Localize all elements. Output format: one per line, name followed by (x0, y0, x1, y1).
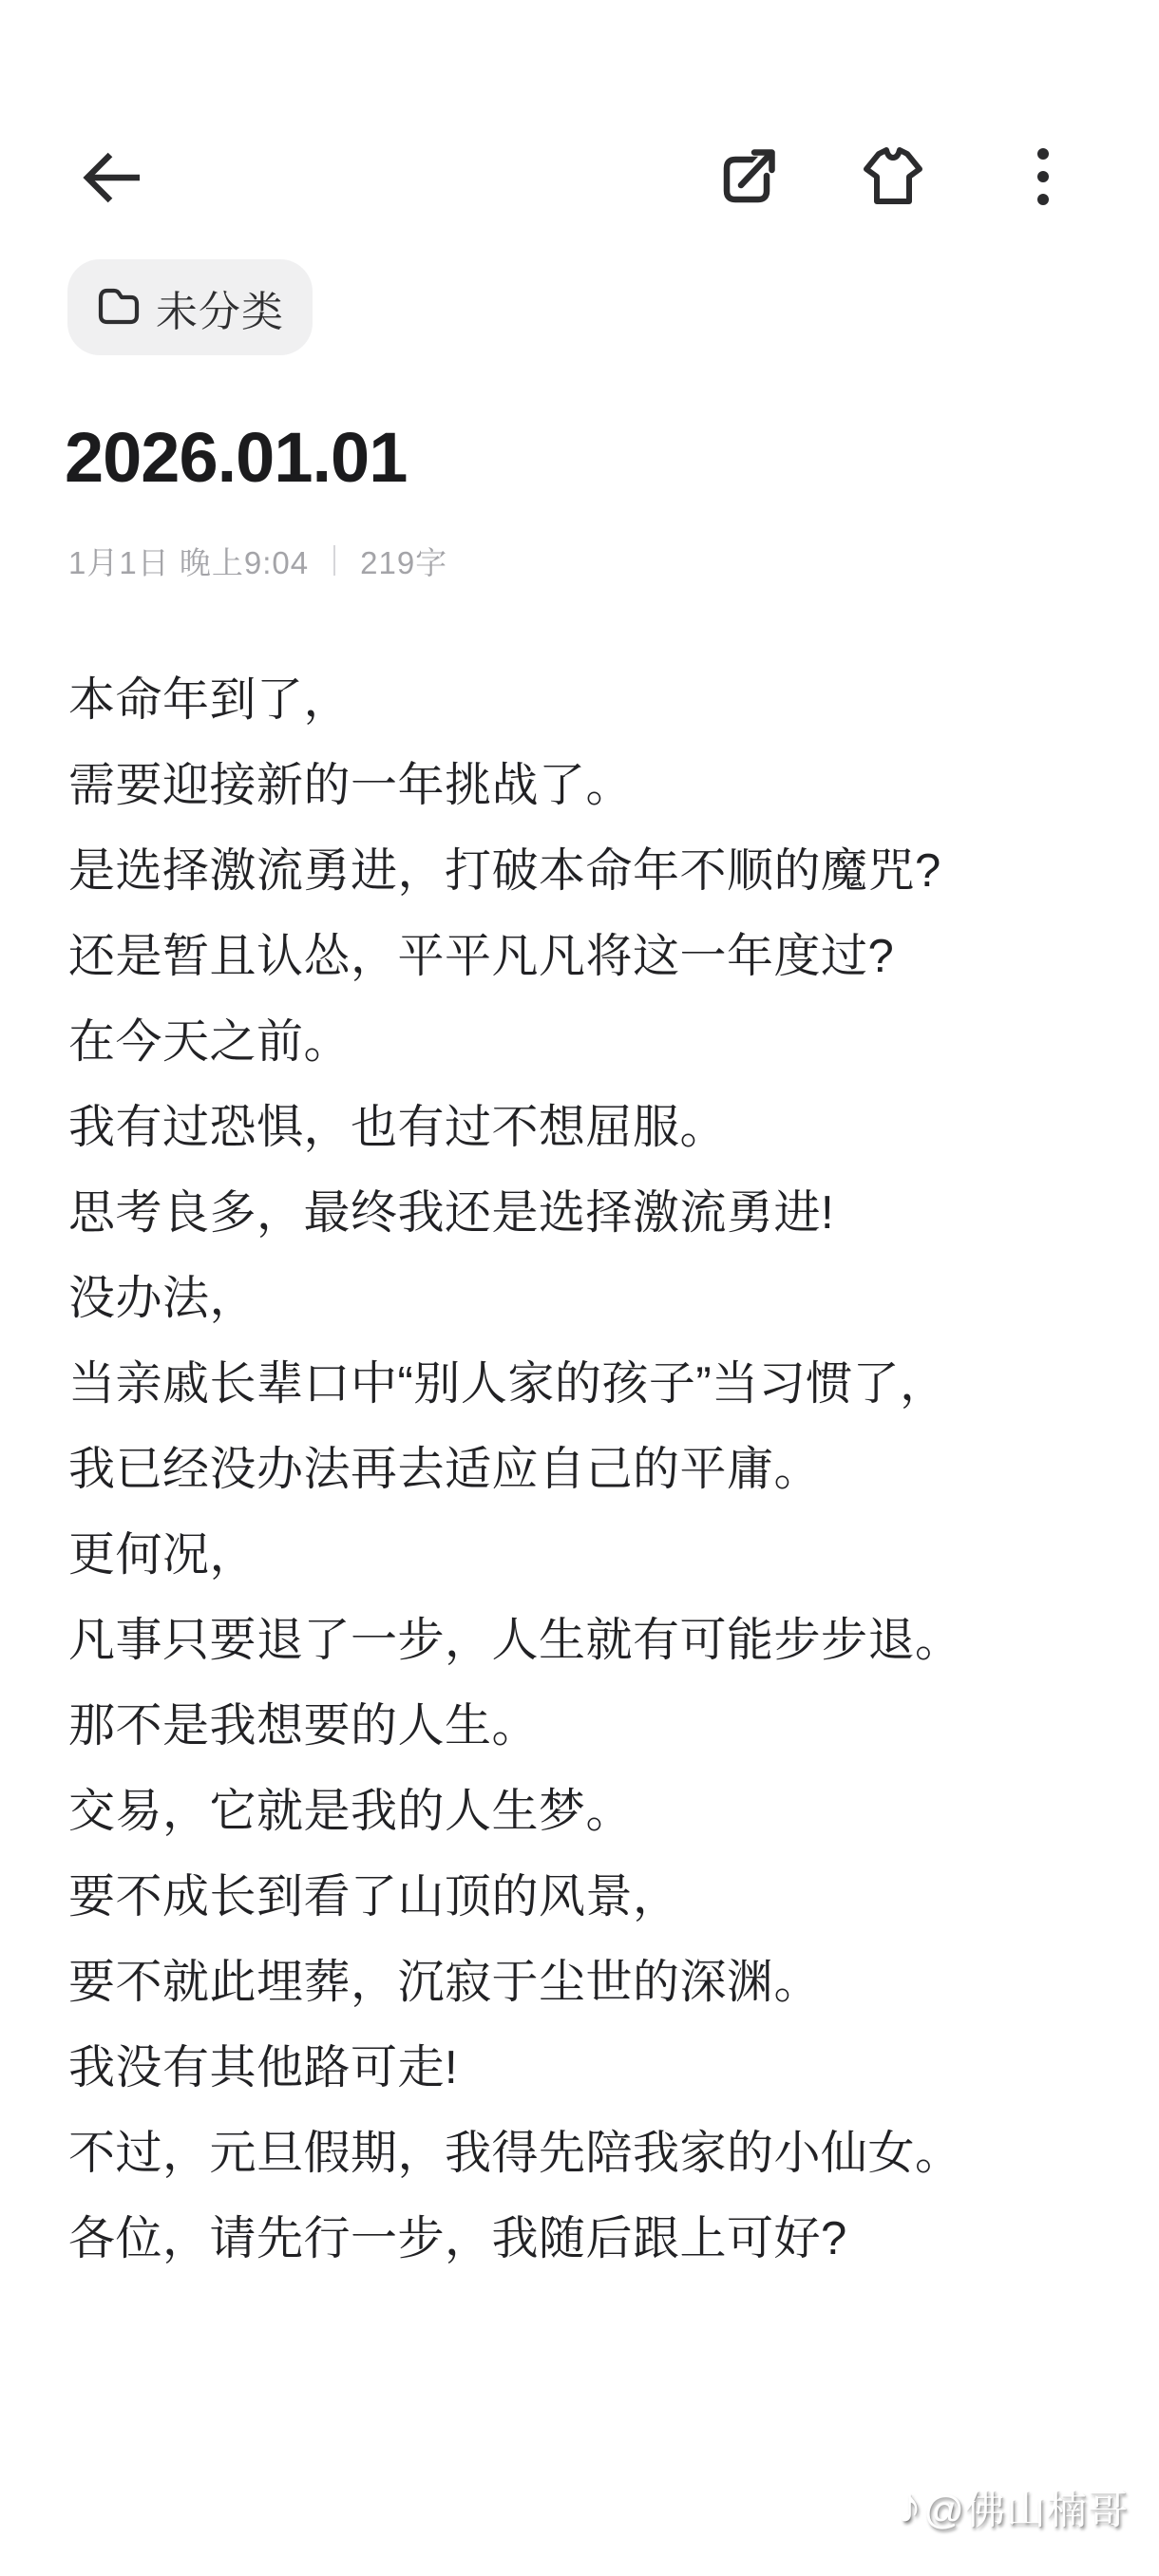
note-line: 本命年到了， (68, 657, 1104, 743)
notes-app-screen: 未分类 2026.01.01 1月1日 晚上9:04 219字 本命年到了，需要… (0, 0, 1159, 2576)
note-line: 凡事只要退了一步，人生就有可能步步退。 (68, 1598, 1104, 1683)
note-word-count: 219字 (360, 539, 447, 583)
kebab-menu-icon (1035, 147, 1051, 206)
note-line: 需要迎接新的一年挑战了。 (68, 743, 1104, 828)
note-line: 是选择激流勇进，打破本命年不顺的魔咒? (68, 828, 1104, 914)
note-line: 那不是我想要的人生。 (68, 1683, 1104, 1769)
note-line: 各位，请先行一步，我随后跟上可好? (68, 2196, 1104, 2282)
note-line: 交易，它就是我的人生梦。 (68, 1769, 1104, 1854)
skin-button[interactable] (857, 143, 929, 210)
note-line: 没办法， (68, 1256, 1104, 1341)
back-button[interactable] (76, 147, 148, 208)
share-button[interactable] (718, 145, 779, 208)
tshirt-skin-icon (860, 146, 926, 207)
note-line: 更何况， (68, 1512, 1104, 1598)
watermark: ♪ @佛山楠哥 (897, 2477, 1129, 2538)
note-line: 不过，元旦假期，我得先陪我家的小仙女。 (68, 2111, 1104, 2196)
more-menu-button[interactable] (1022, 145, 1064, 208)
share-icon (720, 147, 777, 206)
note-line: 要不就此埋葬，沉寂于尘世的深渊。 (68, 1940, 1104, 2025)
note-line: 思考良多，最终我还是选择激流勇进! (68, 1170, 1104, 1256)
watermark-handle: @佛山楠哥 (923, 2479, 1129, 2536)
douyin-note-icon: ♪ (897, 2481, 921, 2530)
folder-icon (96, 286, 142, 329)
note-meta: 1月1日 晚上9:04 219字 (68, 540, 447, 581)
meta-divider (333, 545, 335, 576)
note-line: 我已经没办法再去适应自己的平庸。 (68, 1427, 1104, 1512)
note-line: 我有过恐惧，也有过不想屈服。 (68, 1085, 1104, 1170)
category-chip[interactable]: 未分类 (67, 259, 313, 355)
note-line: 要不成长到看了山顶的风景， (68, 1854, 1104, 1940)
category-label: 未分类 (156, 277, 284, 338)
note-line: 我没有其他路可走! (68, 2025, 1104, 2111)
note-date-time: 1月1日 晚上9:04 (68, 539, 309, 583)
note-body[interactable]: 本命年到了，需要迎接新的一年挑战了。是选择激流勇进，打破本命年不顺的魔咒?还是暂… (68, 657, 1104, 2282)
note-line: 还是暂且认怂，平平凡凡将这一年度过? (68, 914, 1104, 999)
note-line: 当亲戚长辈口中“别人家的孩子”当习惯了， (68, 1341, 1104, 1427)
note-title[interactable]: 2026.01.01 (65, 418, 407, 498)
note-line: 在今天之前。 (68, 999, 1104, 1085)
back-arrow-icon (79, 150, 145, 205)
